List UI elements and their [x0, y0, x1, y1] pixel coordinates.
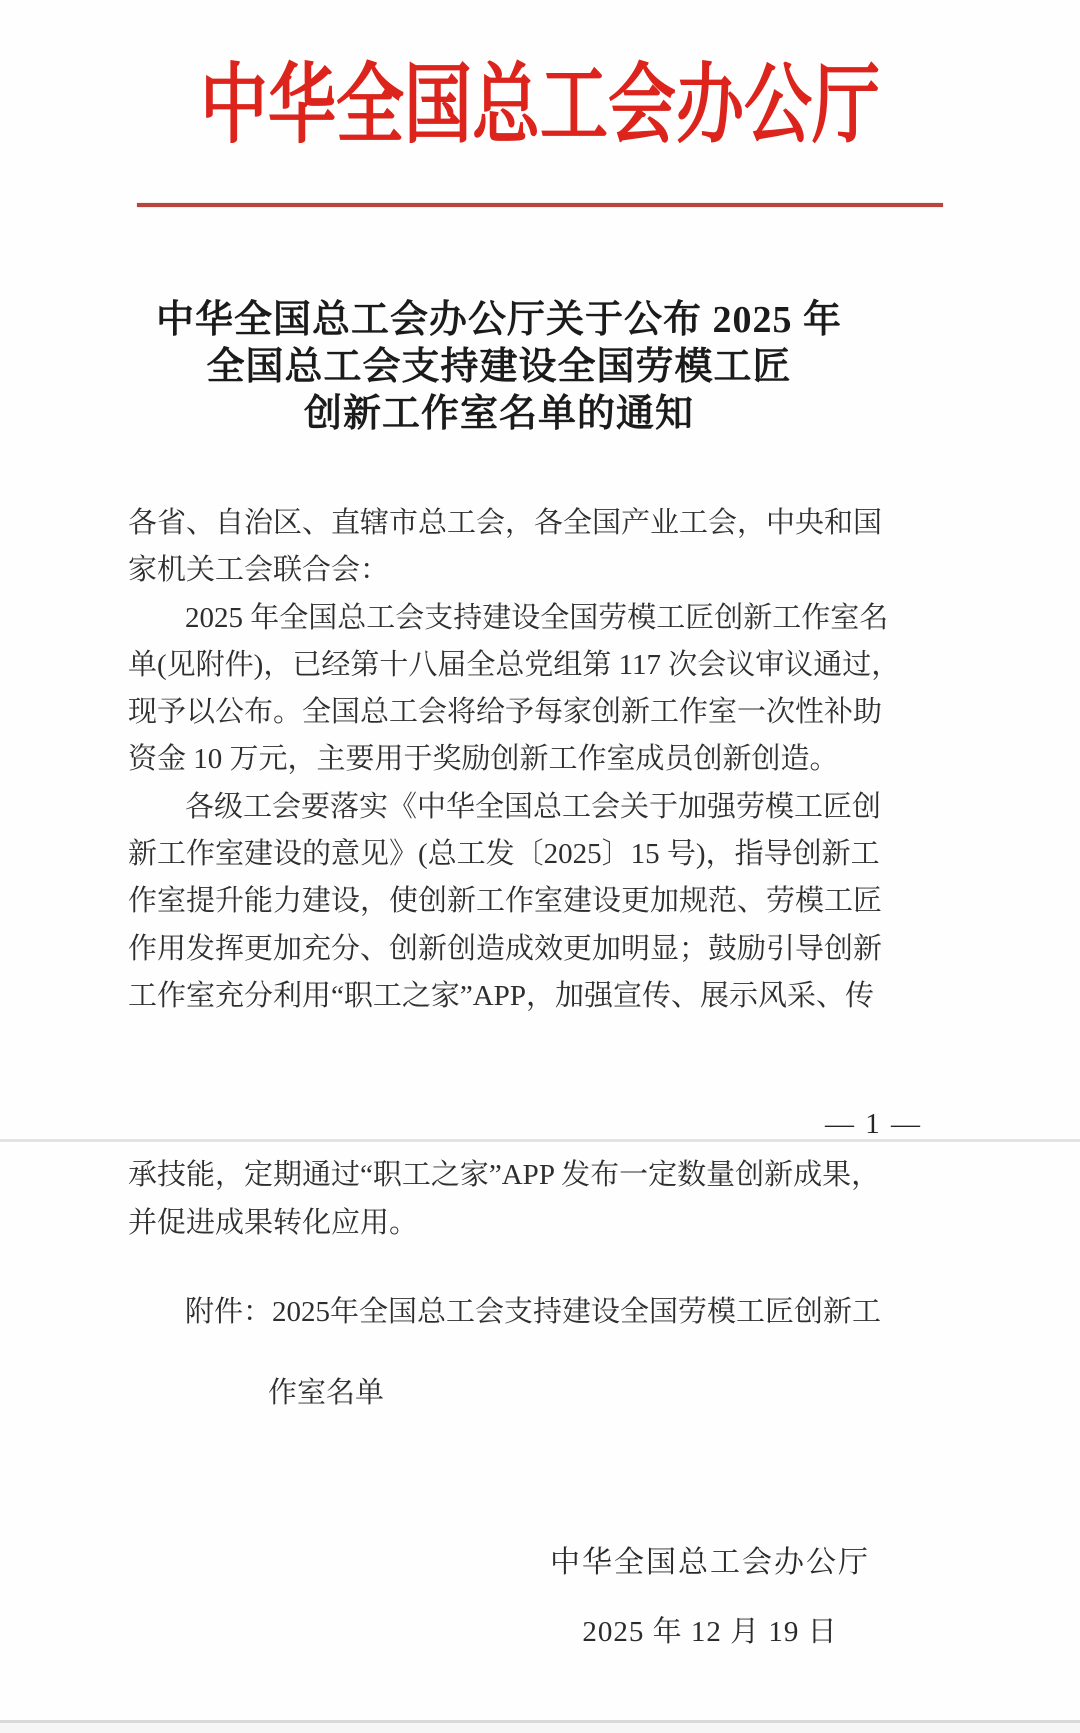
- attachment-line: 作室名单: [128, 1370, 870, 1417]
- signature-date: 2025 年 12 月 19 日: [550, 1612, 870, 1652]
- attachment-block: 附件：2025年全国总工会支持建设全国劳模工匠创新工 作室名单: [128, 1289, 870, 1418]
- body-line: 工作室充分利用“职工之家”APP，加强宣传、展示风采、传: [128, 973, 870, 1020]
- letterhead: 中华全国总工会办公厅: [0, 0, 1080, 146]
- letterhead-rule: [137, 203, 943, 207]
- document-page: 中华全国总工会办公厅 中华全国总工会办公厅关于公布 2025 年 全国总工会支持…: [0, 0, 1080, 1733]
- body-line: 单(见附件)，已经第十八届全总党组第 117 次会议审议通过，: [128, 642, 870, 689]
- title-line-2: 全国总工会支持建设全国劳模工匠: [128, 344, 870, 391]
- body-line: 作室提升能力建设，使创新工作室建设更加规范、劳模工匠: [128, 878, 870, 925]
- signature-block: 中华全国总工会办公厅 2025 年 12 月 19 日: [128, 1539, 870, 1656]
- page-divider: [0, 1139, 1080, 1142]
- document-title: 中华全国总工会办公厅关于公布 2025 年 全国总工会支持建设全国劳模工匠 创新…: [128, 297, 870, 438]
- signature-inner: 中华全国总工会办公厅 2025 年 12 月 19 日: [550, 1539, 870, 1652]
- title-line-1: 中华全国总工会办公厅关于公布 2025 年: [128, 297, 870, 344]
- signature-org: 中华全国总工会办公厅: [550, 1539, 870, 1586]
- body-line: 各级工会要落实《中华全国总工会关于加强劳模工匠创: [128, 784, 870, 831]
- body-line: 现予以公布。全国总工会将给予每家创新工作室一次性补助: [128, 689, 870, 736]
- body-line: 作用发挥更加充分、创新创造成效更加明显；鼓励引导创新: [128, 926, 870, 973]
- attachment-line: 附件：2025年全国总工会支持建设全国劳模工匠创新工: [128, 1289, 870, 1336]
- salutation-line: 各省、自治区、直辖市总工会，各全国产业工会，中央和国: [128, 500, 870, 547]
- page-number: — 1 —: [825, 1108, 922, 1141]
- letterhead-org-name: 中华全国总工会办公厅: [200, 53, 880, 158]
- body-line: 2025 年全国总工会支持建设全国劳模工匠创新工作室名: [128, 595, 870, 642]
- salutation-line: 家机关工会联合会：: [128, 547, 870, 594]
- body-line: 并促进成果转化应用。: [128, 1200, 870, 1247]
- title-line-3: 创新工作室名单的通知: [128, 391, 870, 438]
- body-page-2: 承技能，定期通过“职工之家”APP 发布一定数量创新成果， 并促进成果转化应用。…: [128, 1152, 870, 1656]
- body-page-1: 各省、自治区、直辖市总工会，各全国产业工会，中央和国 家机关工会联合会： 202…: [128, 500, 870, 1020]
- body-line: 资金 10 万元，主要用于奖励创新工作室成员创新创造。: [128, 736, 870, 783]
- scan-bottom-edge: [0, 1720, 1080, 1733]
- body-line: 新工作室建设的意见》(总工发〔2025〕15 号)，指导创新工: [128, 831, 870, 878]
- body-line: 承技能，定期通过“职工之家”APP 发布一定数量创新成果，: [128, 1152, 870, 1199]
